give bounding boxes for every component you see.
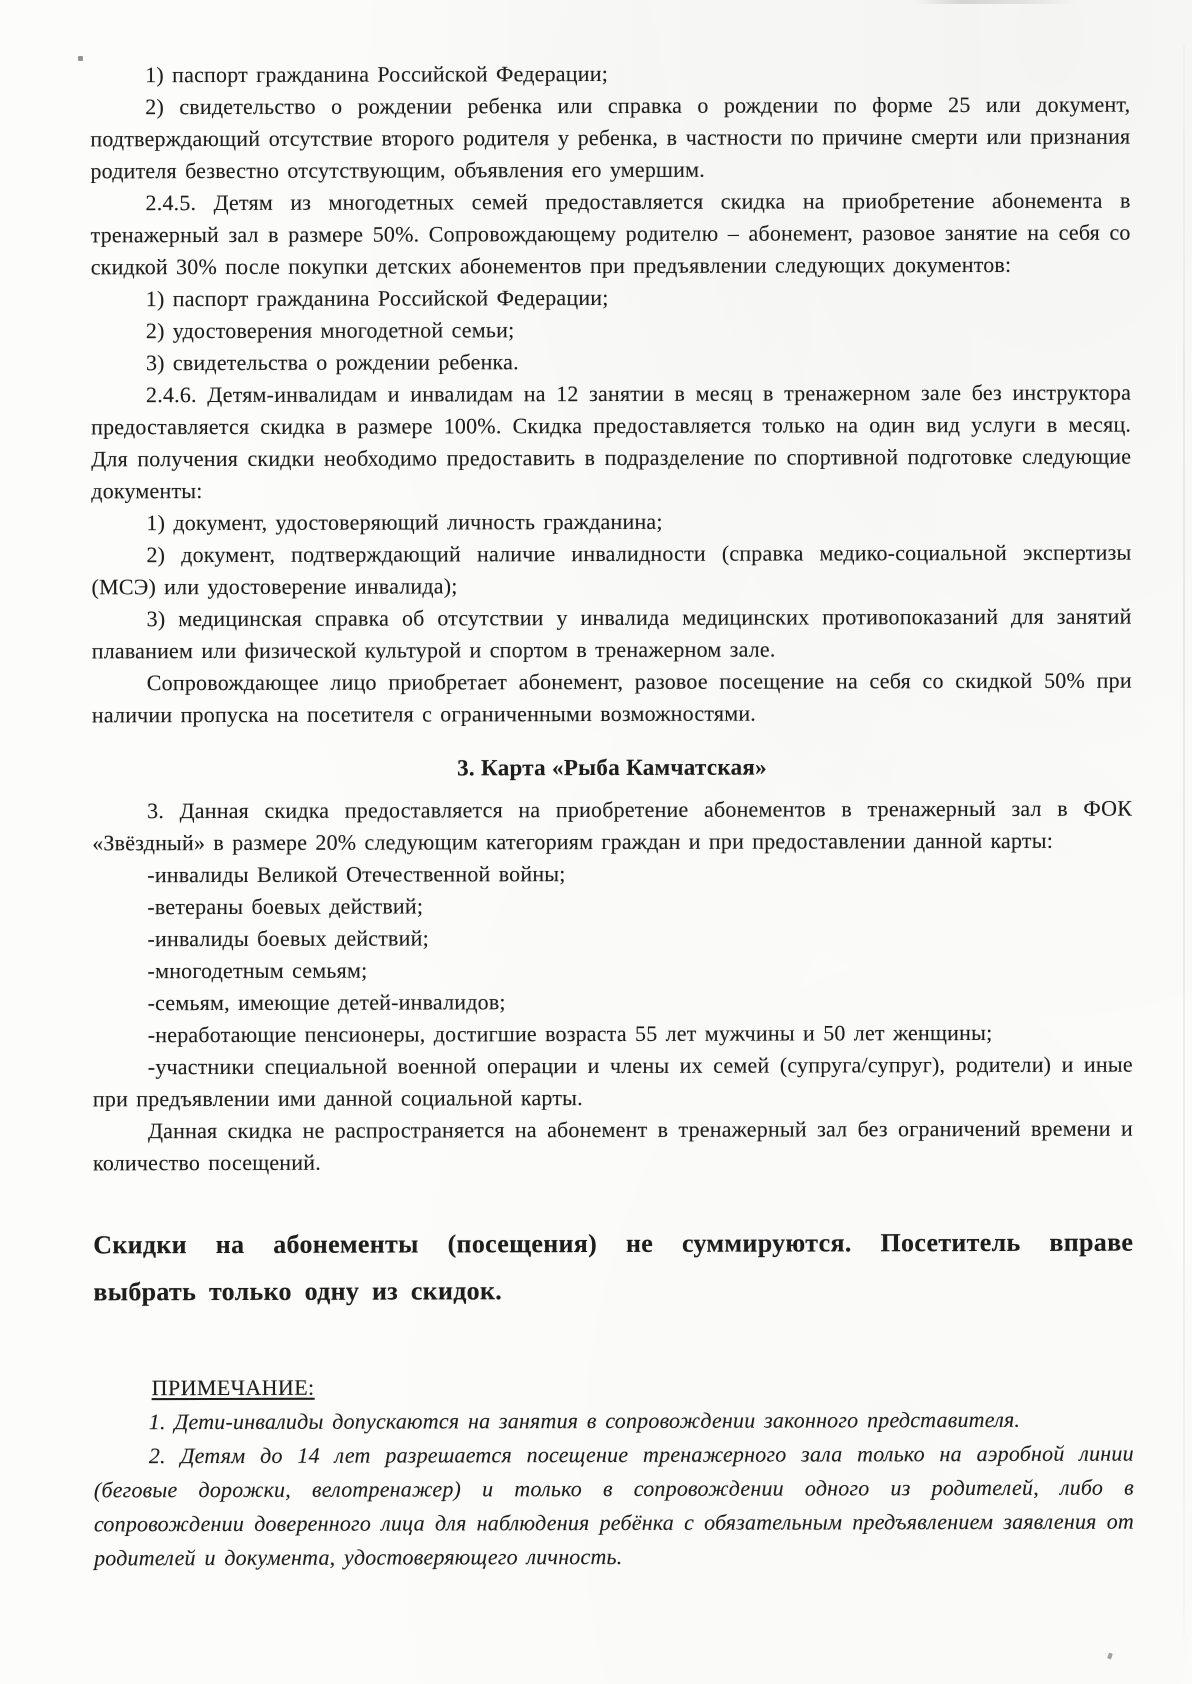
note-item-1: 1. Дети-инвалиды допускаются на занятия … — [94, 1403, 1134, 1440]
clause-2-4-6-doc-item-3: 3) медицинская справка об отсутствии у и… — [92, 601, 1132, 668]
carryover-doc-item-passport: 1) паспорт гражданина Российской Федерац… — [90, 57, 1130, 92]
section-3-restriction-paragraph: Данная скидка не распространяется на або… — [93, 1113, 1133, 1180]
clause-2-4-5-doc-item-2: 2) удостоверения многодетной семьи; — [91, 313, 1131, 348]
category-item-large-families: -многодетным семьям; — [92, 953, 1132, 988]
document-content: 1) паспорт гражданина Российской Федерац… — [0, 0, 1192, 1576]
clause-2-4-5-doc-item-1: 1) паспорт гражданина Российской Федерац… — [91, 281, 1131, 316]
section-3-intro-paragraph: 3. Данная скидка предоставляется на прио… — [92, 793, 1132, 860]
section-3-heading: 3. Карта «Рыба Камчатская» — [92, 751, 1132, 786]
clause-2-4-6-doc-item-2: 2) документ, подтверждающий наличие инва… — [91, 537, 1131, 604]
category-item-pensioners: -неработающие пенсионеры, достигшие возр… — [93, 1017, 1133, 1052]
category-item-combat-veterans: -ветераны боевых действий; — [92, 889, 1132, 924]
category-item-wwii-invalids: -инвалиды Великой Отечественной войны; — [92, 857, 1132, 892]
summary-paragraph: Скидки на абонементы (посещения) не сумм… — [93, 1219, 1133, 1316]
scan-artifact-speck-bottom — [1107, 1652, 1113, 1659]
carryover-doc-item-birth-certificate: 2) свидетельство о рождении ребенка или … — [90, 89, 1130, 188]
clause-2-4-6-doc-item-1: 1) документ, удостоверяющий личность гра… — [91, 505, 1131, 540]
clause-2-4-6-paragraph: 2.4.6. Детям-инвалидам и инвалидам на 12… — [91, 377, 1131, 508]
note-heading: ПРИМЕЧАНИЕ: — [94, 1369, 1134, 1406]
clause-2-4-5-doc-item-3: 3) свидетельства о рождении ребенка. — [91, 345, 1131, 380]
category-item-svo-participants: -участники специальной военной операции … — [93, 1049, 1133, 1116]
note-item-2: 2. Детям до 14 лет разрешается посещение… — [94, 1437, 1134, 1576]
clause-2-4-5-paragraph: 2.4.5. Детям из многодетных семей предос… — [90, 185, 1130, 284]
scanned-document-page: { "colors": { "paper": "#fcfcfa", "ink":… — [0, 0, 1192, 1684]
clause-2-4-6-escort-paragraph: Сопровождающее лицо приобретает абонемен… — [92, 665, 1132, 732]
category-item-families-disabled-children: -семьям, имеющие детей-инвалидов; — [93, 985, 1133, 1020]
category-item-combat-invalids: -инвалиды боевых действий; — [92, 921, 1132, 956]
note-heading-text: ПРИМЕЧАНИЕ: — [152, 1375, 315, 1400]
